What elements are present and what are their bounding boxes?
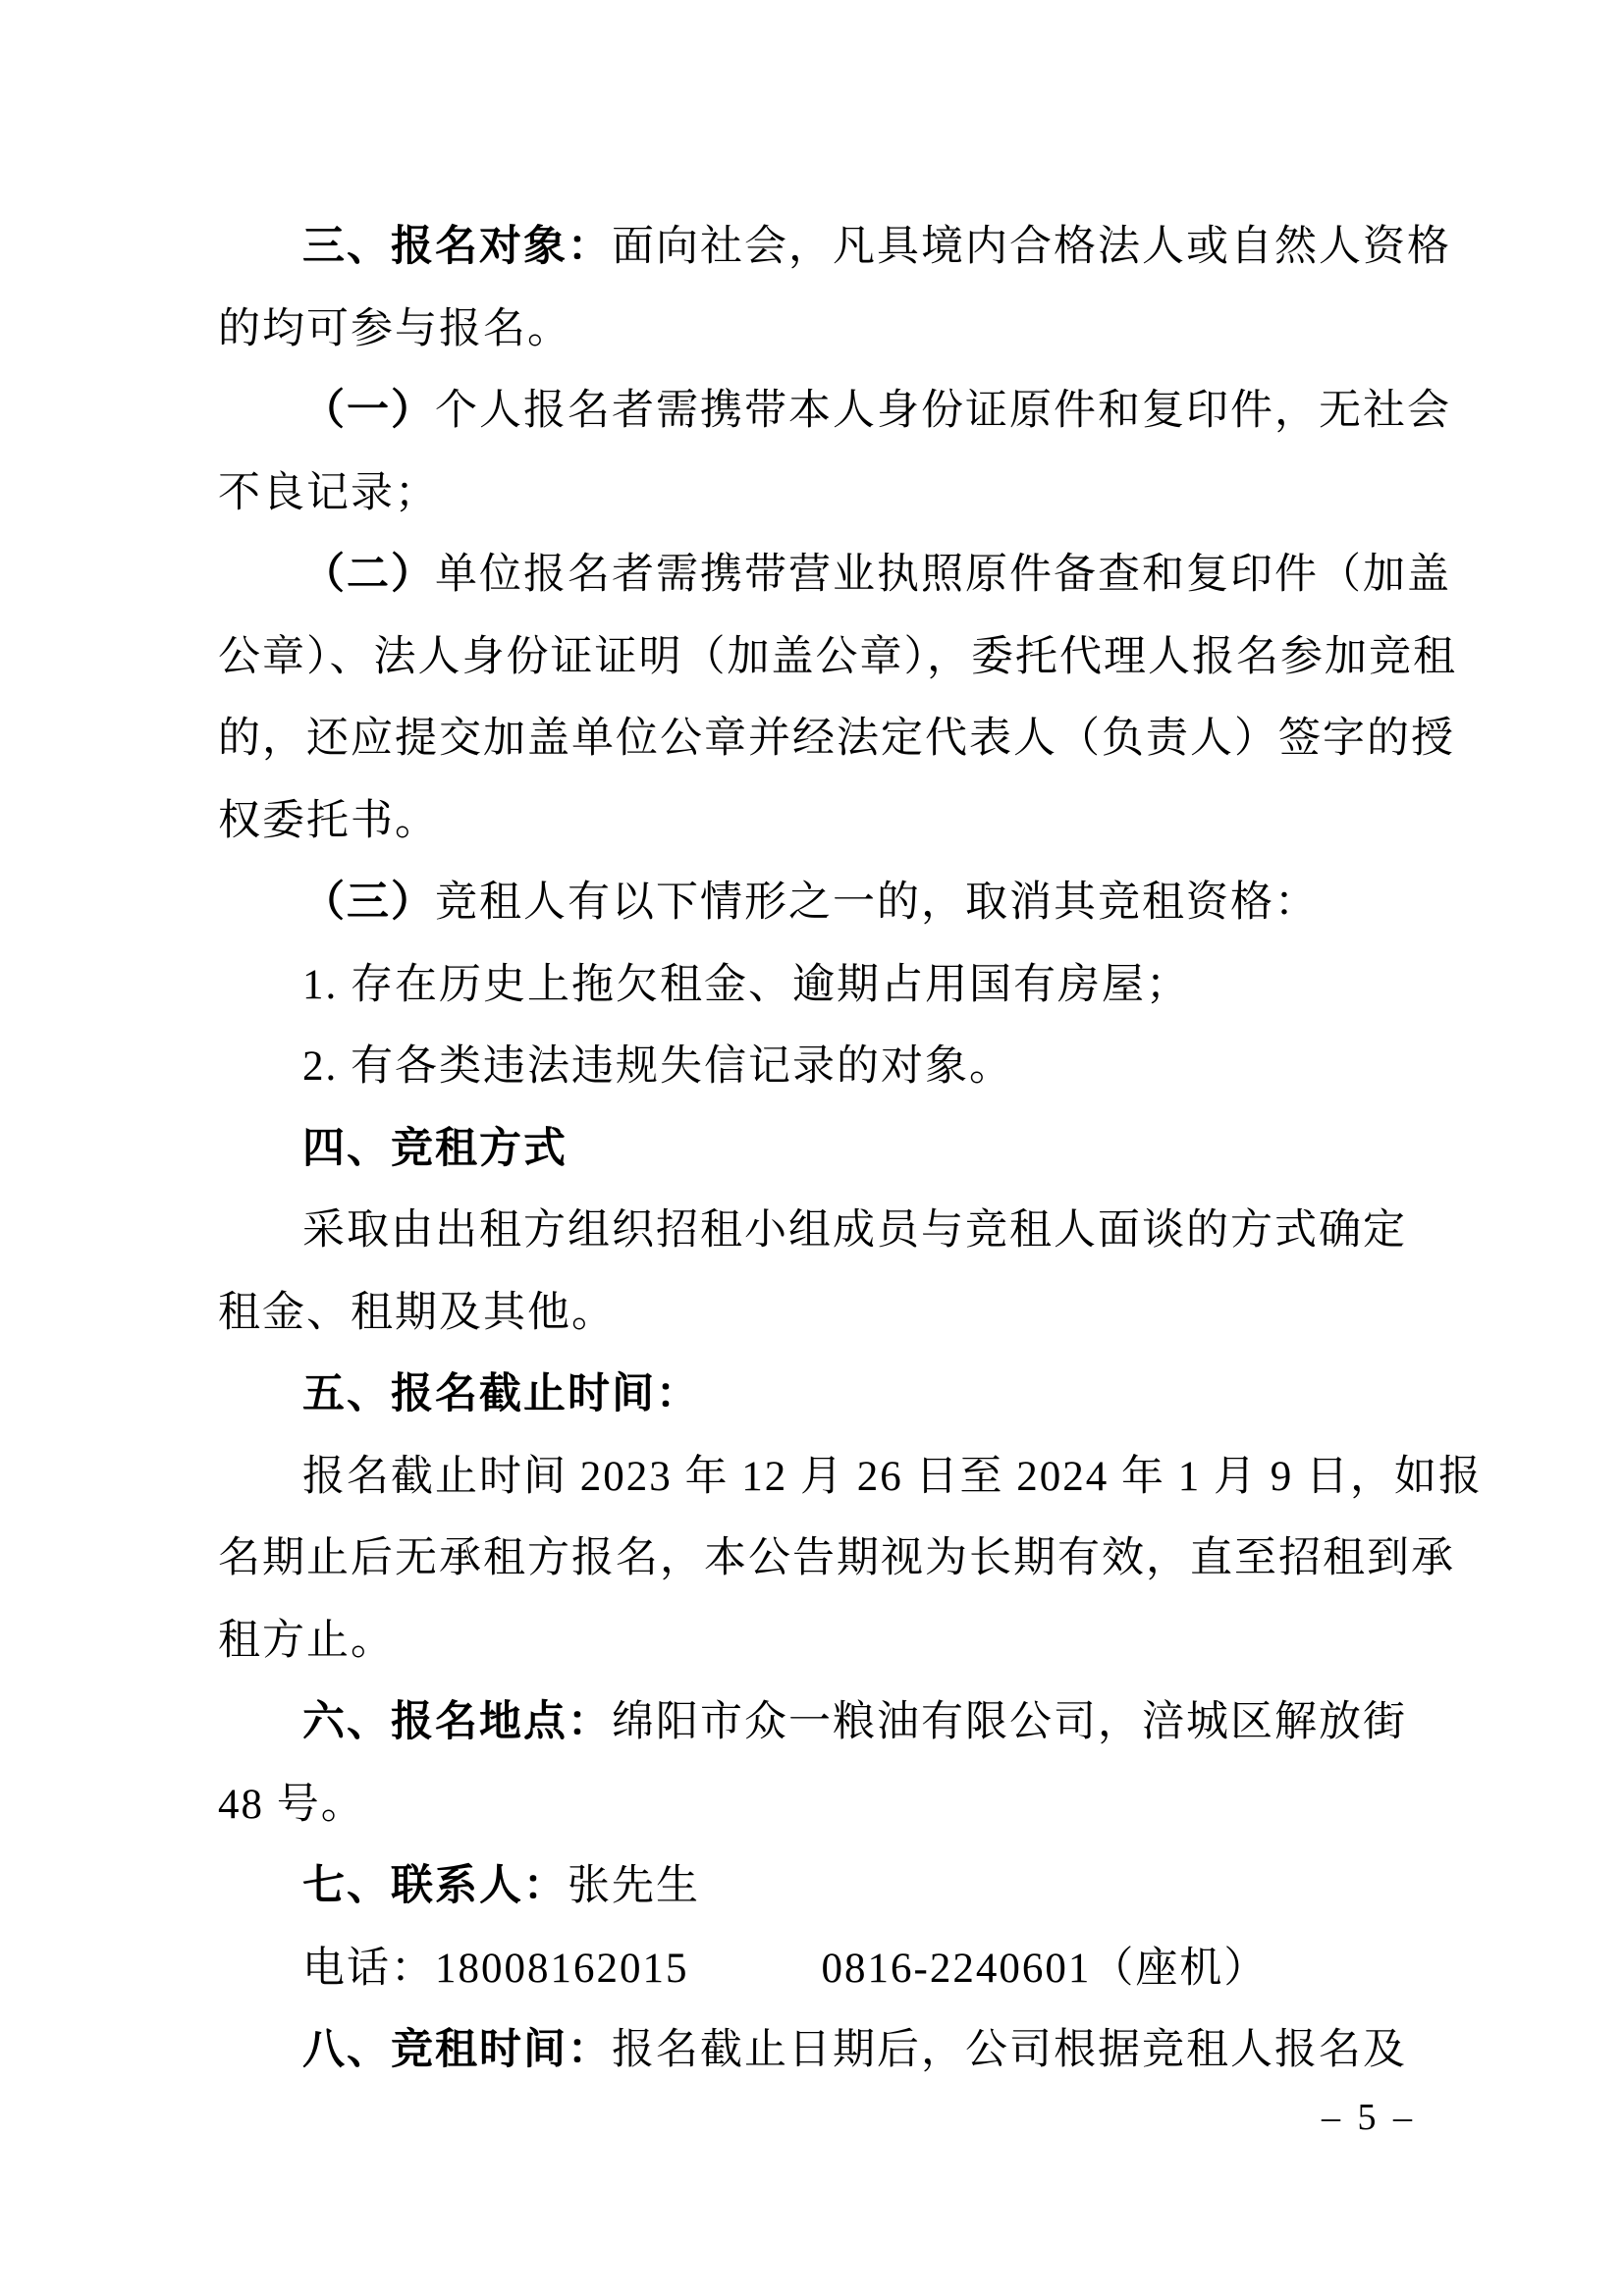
body-run: 租方止。 (218, 1618, 395, 1664)
doc-line-13: 采取由出租方组织招租小组成员与竞租人面谈的方式确定 (218, 1190, 1475, 1272)
document-body: 三、报名对象：面向社会，凡具境内合格法人或自然人资格 的均可参与报名。 （一）个… (218, 206, 1475, 2092)
body-run: 的，还应提交加盖单位公章并经法定代表人（负责人）签字的授 (218, 716, 1455, 762)
section5-heading: 五、报名截止时间： (302, 1370, 700, 1417)
body-run: 2. 有各类违法违规失信记录的对象。 (302, 1043, 1013, 1090)
section4-heading: 四、竞租方式 (302, 1125, 568, 1172)
doc-line-04: 不良记录； (218, 453, 1475, 535)
body-run: 48 号。 (218, 1782, 365, 1828)
doc-line-05: （二）单位报名者需携带营业执照原件备查和复印件（加盖 (218, 534, 1475, 616)
body-run: 个人报名者需携带本人身份证原件和复印件，无社会 (435, 388, 1451, 434)
body-run: 报名截止时间 2023 年 12 月 26 日至 2024 年 1 月 9 日，… (302, 1454, 1483, 1500)
doc-line-23: 八、竞租时间：报名截止日期后，公司根据竞租人报名及 (218, 2009, 1475, 2092)
doc-line-06: 公章）、法人身份证证明（加盖公章），委托代理人报名参加竞租 (218, 616, 1475, 699)
doc-line-02: 的均可参与报名。 (218, 289, 1475, 371)
doc-line-20: 48 号。 (218, 1764, 1475, 1846)
section6-heading: 六、报名地点： (302, 1698, 612, 1745)
doc-line-22: 电话：18008162015 0816-2240601（座机） (218, 1928, 1475, 2010)
body-run: 报名截止日期后，公司根据竞租人报名及 (612, 2027, 1407, 2073)
body-run: 1. 存在历史上拖欠租金、逾期占用国有房屋； (302, 962, 1190, 1008)
body-run: 权委托书。 (218, 798, 439, 844)
item2-marker: （二） (302, 551, 435, 598)
body-run: 公章）、法人身份证证明（加盖公章），委托代理人报名参加竞租 (218, 634, 1457, 680)
contact-name: 张先生 (568, 1863, 700, 1909)
body-run: 不良记录； (218, 470, 439, 516)
doc-line-17: 名期止后无承租方报名，本公告期视为长期有效，直至招租到承 (218, 1518, 1475, 1600)
doc-line-18: 租方止。 (218, 1600, 1475, 1682)
body-run: 租金、租期及其他。 (218, 1290, 616, 1336)
section3-heading: 三、报名对象： (302, 223, 612, 270)
section7-heading: 七、联系人： (302, 1862, 568, 1909)
doc-line-01: 三、报名对象：面向社会，凡具境内合格法人或自然人资格 (218, 206, 1475, 289)
doc-line-12: 四、竞租方式 (218, 1108, 1475, 1191)
doc-line-07: 的，还应提交加盖单位公章并经法定代表人（负责人）签字的授 (218, 698, 1475, 780)
doc-line-10: 1. 存在历史上拖欠租金、逾期占用国有房屋； (218, 944, 1475, 1027)
body-run: 竞租人有以下情形之一的，取消其竞租资格： (435, 880, 1319, 926)
doc-line-03: （一）个人报名者需携带本人身份证原件和复印件，无社会 (218, 370, 1475, 453)
body-run: 单位报名者需携带营业执照原件备查和复印件（加盖 (435, 552, 1451, 598)
body-run: 名期止后无承租方报名，本公告期视为长期有效，直至招租到承 (218, 1535, 1455, 1581)
section8-heading: 八、竞租时间： (302, 2026, 612, 2073)
phone-numbers: 电话：18008162015 0816-2240601（座机） (302, 1946, 1268, 1992)
body-run: 采取由出租方组织招租小组成员与竞租人面谈的方式确定 (302, 1207, 1407, 1254)
item1-marker: （一） (302, 387, 435, 434)
doc-line-14: 租金、租期及其他。 (218, 1272, 1475, 1355)
doc-line-09: （三）竞租人有以下情形之一的，取消其竞租资格： (218, 862, 1475, 944)
page-number: – 5 – (1322, 2097, 1416, 2138)
doc-line-08: 权委托书。 (218, 780, 1475, 863)
doc-line-11: 2. 有各类违法违规失信记录的对象。 (218, 1026, 1475, 1108)
doc-line-16: 报名截止时间 2023 年 12 月 26 日至 2024 年 1 月 9 日，… (218, 1436, 1475, 1519)
doc-line-21: 七、联系人：张先生 (218, 1845, 1475, 1928)
body-run: 面向社会，凡具境内合格法人或自然人资格 (612, 224, 1451, 270)
doc-line-15: 五、报名截止时间： (218, 1354, 1475, 1436)
document-page: 三、报名对象：面向社会，凡具境内合格法人或自然人资格 的均可参与报名。 （一）个… (0, 0, 1624, 2296)
body-run: 的均可参与报名。 (218, 306, 571, 352)
item3-marker: （三） (302, 879, 435, 926)
doc-line-19: 六、报名地点：绵阳市众一粮油有限公司，涪城区解放街 (218, 1682, 1475, 1764)
body-run: 绵阳市众一粮油有限公司，涪城区解放街 (612, 1699, 1407, 1745)
